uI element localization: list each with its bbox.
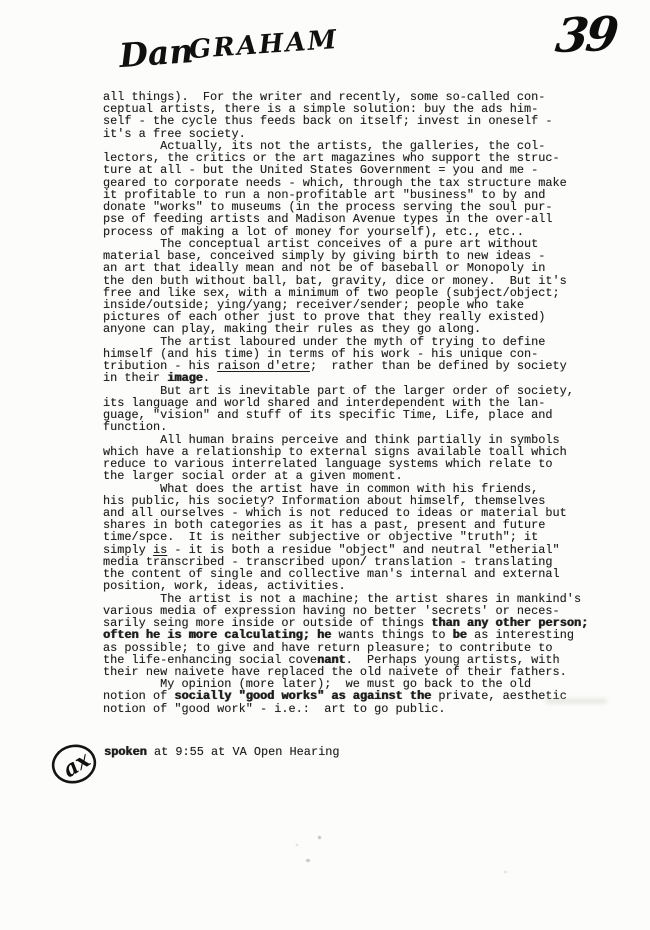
- document-body: all things). For the writer and recently…: [103, 91, 623, 715]
- page-number: 39: [553, 11, 618, 60]
- page-container: Dan GRAHAM 39 all things). For the write…: [0, 0, 650, 930]
- signature-svg: Dan GRAHAM: [116, 20, 346, 78]
- signature-last-name: GRAHAM: [188, 25, 339, 65]
- scan-smudge: [318, 836, 321, 839]
- text-line: notion of "good work" - i.e.: art to go …: [103, 703, 623, 715]
- scan-smudge: [504, 871, 507, 873]
- footer-spoken-word: spoken: [104, 745, 147, 759]
- text-line: guage, "vision" and stuff of its specifi…: [103, 409, 623, 421]
- footer-rest: at 9:55 at VA Open Hearing: [147, 745, 340, 759]
- scan-smudge: [306, 859, 310, 862]
- footer-annotation: ax spoken at 9:55 at VA Open Hearing: [48, 736, 340, 796]
- author-signature: Dan GRAHAM: [116, 20, 346, 78]
- signature-first-name: Dan: [117, 31, 195, 75]
- scan-smudge: [296, 844, 298, 846]
- circled-mark: ax: [48, 736, 100, 792]
- footer-text: spoken at 9:55 at VA Open Hearing: [104, 746, 340, 758]
- scan-streak: [545, 699, 607, 703]
